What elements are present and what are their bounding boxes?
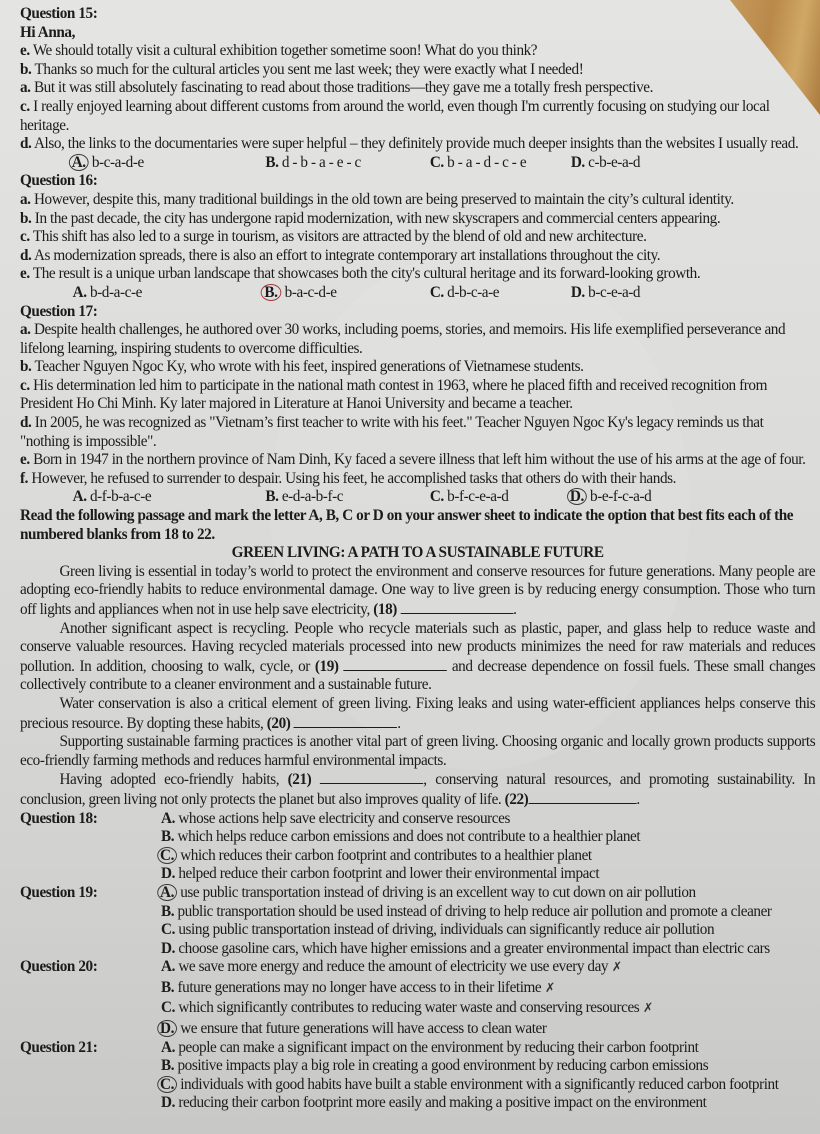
sentence-c: c. I really enjoyed learning about diffe… <box>20 97 815 134</box>
cross-mark-icon: ✗ <box>612 960 622 975</box>
paragraph-1: Green living is essential in today’s wor… <box>20 562 815 619</box>
paragraph-3: Water conservation is also a critical el… <box>20 694 815 732</box>
choice-a[interactable]: A. people can make a significant impact … <box>161 1038 815 1057</box>
paragraph-4: Supporting sustainable farming practices… <box>20 732 815 769</box>
question-18: Question 18: A. whose actions help save … <box>20 809 815 883</box>
question-16-options: A. b-d-a-c-e B. b-a-c-d-e C. d-b-c-a-e D… <box>20 283 815 302</box>
choice-b[interactable]: B. future generations may no longer have… <box>161 978 815 999</box>
option-a[interactable]: A. b-d-a-c-e <box>73 283 266 302</box>
option-a[interactable]: A. b-c-a-d-e <box>73 153 266 172</box>
blank-22[interactable] <box>528 789 636 804</box>
question-15-options: A. b-c-a-d-e B. d - b - a - e - c C. b -… <box>20 153 815 172</box>
option-b[interactable]: B. d - b - a - e - c <box>265 153 430 172</box>
blank-21[interactable] <box>320 769 423 784</box>
sentence-e: e. We should totally visit a cultural ex… <box>20 41 815 60</box>
option-b[interactable]: B. e-d-a-b-f-c <box>265 487 430 506</box>
cross-mark-icon: ✗ <box>643 1001 653 1016</box>
option-d[interactable]: D. c-b-e-a-d <box>571 153 640 172</box>
question-16-title: Question 16: <box>20 171 815 190</box>
question-17: Question 17: a. Despite health challenge… <box>20 302 815 507</box>
sentence-a: a. But it was still absolutely fascinati… <box>20 78 815 97</box>
question-17-options: A. d-f-b-a-c-e B. e-d-a-b-f-c C. b-f-c-e… <box>20 487 815 506</box>
paragraph-5: Having adopted eco-friendly habits, (21)… <box>20 769 815 808</box>
choice-c[interactable]: C. using public transportation instead o… <box>161 920 815 939</box>
option-a[interactable]: A. d-f-b-a-c-e <box>73 487 266 506</box>
instructions: Read the following passage and mark the … <box>20 506 815 543</box>
question-21-label: Question 21: <box>20 1038 161 1112</box>
passage-title: GREEN LIVING: A PATH TO A SUSTAINABLE FU… <box>20 543 815 562</box>
option-c[interactable]: C. d-b-c-a-e <box>430 283 571 302</box>
option-c[interactable]: C. b-f-c-e-a-d <box>430 487 571 506</box>
sentence-a: a. However, despite this, many tradition… <box>20 190 815 209</box>
choice-b[interactable]: B. which helps reduce carbon emissions a… <box>161 827 815 846</box>
sentence-f: f. However, he refused to surrender to d… <box>20 469 815 488</box>
choice-b[interactable]: B. positive impacts play a big role in c… <box>161 1056 815 1075</box>
sentence-b: b. In the past decade, the city has unde… <box>20 209 815 228</box>
option-d[interactable]: D. b-c-e-a-d <box>571 283 640 302</box>
passage: GREEN LIVING: A PATH TO A SUSTAINABLE FU… <box>20 543 815 808</box>
option-b[interactable]: B. b-a-c-d-e <box>265 283 430 302</box>
cross-mark-icon: ✗ <box>545 981 555 996</box>
question-21: Question 21: A. people can make a signif… <box>20 1038 815 1112</box>
sentence-e: e. Born in 1947 in the northern province… <box>20 450 815 469</box>
question-15-title: Question 15: <box>20 4 815 23</box>
question-19-label: Question 19: <box>20 883 161 957</box>
choice-c[interactable]: C. individuals with good habits have bui… <box>161 1075 815 1094</box>
sentence-c: c. This shift has also led to a surge in… <box>20 227 815 246</box>
choice-a[interactable]: A. whose actions help save electricity a… <box>161 809 815 828</box>
paragraph-2: Another significant aspect is recycling.… <box>20 619 815 694</box>
blank-20[interactable] <box>294 713 397 728</box>
question-17-title: Question 17: <box>20 302 815 321</box>
choice-d[interactable]: D. reducing their carbon footprint more … <box>161 1093 815 1112</box>
question-18-label: Question 18: <box>20 809 161 883</box>
choice-a[interactable]: A. we save more energy and reduce the am… <box>161 957 815 978</box>
blank-19[interactable] <box>343 656 446 671</box>
greeting: Hi Anna, <box>20 23 815 42</box>
exam-page: Question 15: Hi Anna, e. We should total… <box>20 4 768 1112</box>
sentence-d: d. As modernization spreads, there is al… <box>20 246 815 265</box>
sentence-b: b. Thanks so much for the cultural artic… <box>20 60 815 79</box>
sentence-c: c. His determination led him to particip… <box>20 376 815 413</box>
sentence-e: e. The result is a unique urban landscap… <box>20 264 815 283</box>
choice-d[interactable]: D. we ensure that future generations wil… <box>161 1019 815 1038</box>
choice-b[interactable]: B. public transportation should be used … <box>161 902 815 921</box>
choice-c[interactable]: C. which reduces their carbon footprint … <box>161 846 815 865</box>
choice-d[interactable]: D. choose gasoline cars, which have high… <box>161 939 815 958</box>
sentence-b: b. Teacher Nguyen Ngoc Ky, who wrote wit… <box>20 357 815 376</box>
option-d[interactable]: D. b-e-f-c-a-d <box>571 487 651 506</box>
question-15: Question 15: Hi Anna, e. We should total… <box>20 4 815 171</box>
choice-c[interactable]: C. which significantly contributes to re… <box>161 998 815 1019</box>
sentence-a: a. Despite health challenges, he authore… <box>20 320 815 357</box>
choice-d[interactable]: D. helped reduce their carbon footprint … <box>161 864 815 883</box>
sentence-d: d. Also, the links to the documentaries … <box>20 134 815 153</box>
question-20-label: Question 20: <box>20 957 161 1037</box>
question-20: Question 20: A. we save more energy and … <box>20 957 815 1037</box>
question-16: Question 16: a. However, despite this, m… <box>20 171 815 301</box>
blank-18[interactable] <box>400 599 513 614</box>
question-19: Question 19: A. use public transportatio… <box>20 883 815 957</box>
choice-a[interactable]: A. use public transportation instead of … <box>161 883 815 902</box>
option-c[interactable]: C. b - a - d - c - e <box>430 153 571 172</box>
sentence-d: d. In 2005, he was recognized as "Vietna… <box>20 413 815 450</box>
